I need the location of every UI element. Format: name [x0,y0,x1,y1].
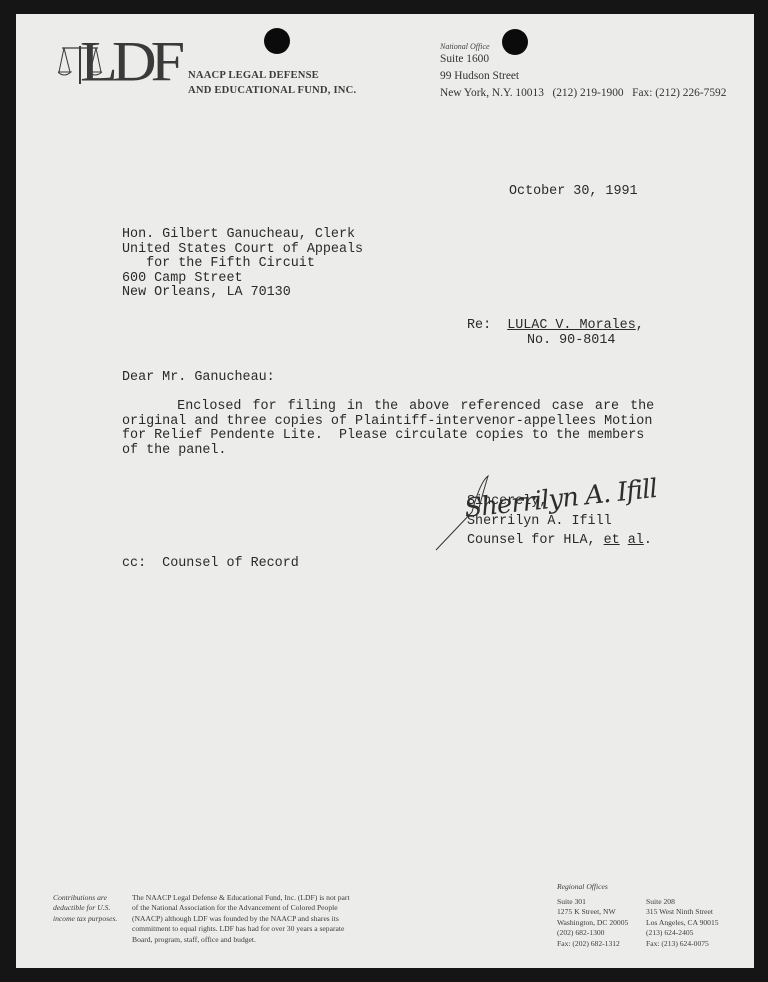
tax-note-line: income tax purposes. [53,914,117,924]
signer-title-al: al [628,533,644,548]
office-line: 1275 K Street, NW [557,907,628,917]
signer-name: Sherrilyn A. Ifill [467,515,612,530]
case-name: LULAC V. Morales [507,318,636,333]
disclaimer-line: of the National Association for the Adva… [132,903,350,913]
disclaimer-line: Board, program, staff, office and budget… [132,935,350,945]
address-line: 600 Camp Street [122,272,363,287]
office-line: Suite 301 [557,897,628,907]
body-line: of the panel. [122,444,654,459]
office-line: 315 West Ninth Street [646,907,719,917]
signer-title: Counsel for HLA, et al. [467,530,652,549]
body-line: Enclosed for filing in the above referen… [122,400,654,415]
regional-offices-label: Regional Offices [557,882,608,892]
address-line: United States Court of Appeals [122,243,363,258]
regional-office-dc: Suite 301 1275 K Street, NW Washington, … [557,897,628,949]
body-line: original and three copies of Plaintiff-i… [122,415,654,430]
address-line: New Orleans, LA 70130 [122,286,363,301]
address-line: for the Fifth Circuit [122,257,363,272]
tax-note-line: deductible for U.S. [53,903,117,913]
ldf-logo: LDF [58,36,178,96]
body-line: for Relief Pendente Lite. Please circula… [122,429,654,444]
office-label: National Office [440,42,726,51]
office-line: Suite 1600 [440,51,726,68]
salutation: Dear Mr. Ganucheau: [122,371,275,386]
disclaimer-line: (NAACP) although LDF was founded by the … [132,914,350,924]
letter-body: Enclosed for filing in the above referen… [122,400,654,458]
recipient-address: Hon. Gilbert Ganucheau, Clerk United Sta… [122,228,363,301]
office-line: (202) 682-1300 [557,928,628,938]
signer-title-et: et [604,533,620,548]
office-line: Los Angeles, CA 90015 [646,918,719,928]
tax-deductible-note: Contributions are deductible for U.S. in… [53,893,117,924]
letter-date: October 30, 1991 [509,185,638,200]
national-office: National Office Suite 1600 99 Hudson Str… [440,42,726,102]
re-label: Re: [467,318,491,333]
re-spacer [491,318,507,333]
office-line: New York, N.Y. 10013 (212) 219-1900 Fax:… [440,85,726,102]
office-line: Fax: (202) 682-1312 [557,939,628,949]
regional-office-la: Suite 208 315 West Ninth Street Los Ange… [646,897,719,949]
org-name: NAACP LEGAL DEFENSE AND EDUCATIONAL FUND… [188,68,356,98]
office-line: Fax: (213) 624-0075 [646,939,719,949]
logo-letters: LDF [80,30,179,95]
case-number: No. 90-8014 [527,334,644,349]
signer-title-text: Counsel for HLA, [467,533,604,548]
reference-line: Re: LULAC V. Morales, No. 90-8014 [467,315,644,348]
cc-line: cc: Counsel of Record [122,557,299,572]
case-comma: , [636,318,644,333]
office-line: 99 Hudson Street [440,68,726,85]
tax-note-line: Contributions are [53,893,117,903]
address-line: Hon. Gilbert Ganucheau, Clerk [122,228,363,243]
office-line: Washington, DC 20005 [557,918,628,928]
letter-page: LDF NAACP LEGAL DEFENSE AND EDUCATIONAL … [16,14,754,968]
org-name-line-2: AND EDUCATIONAL FUND, INC. [188,83,356,98]
org-name-line-1: NAACP LEGAL DEFENSE [188,68,356,83]
office-line: (213) 624-2405 [646,928,719,938]
office-line: Suite 208 [646,897,719,907]
disclaimer: The NAACP Legal Defense & Educational Fu… [132,893,350,945]
signer-title-period: . [644,533,652,548]
disclaimer-line: The NAACP Legal Defense & Educational Fu… [132,893,350,903]
signer-title-space [620,533,628,548]
punch-hole-left [264,28,290,54]
disclaimer-line: commitment to equal rights. LDF has had … [132,924,350,934]
